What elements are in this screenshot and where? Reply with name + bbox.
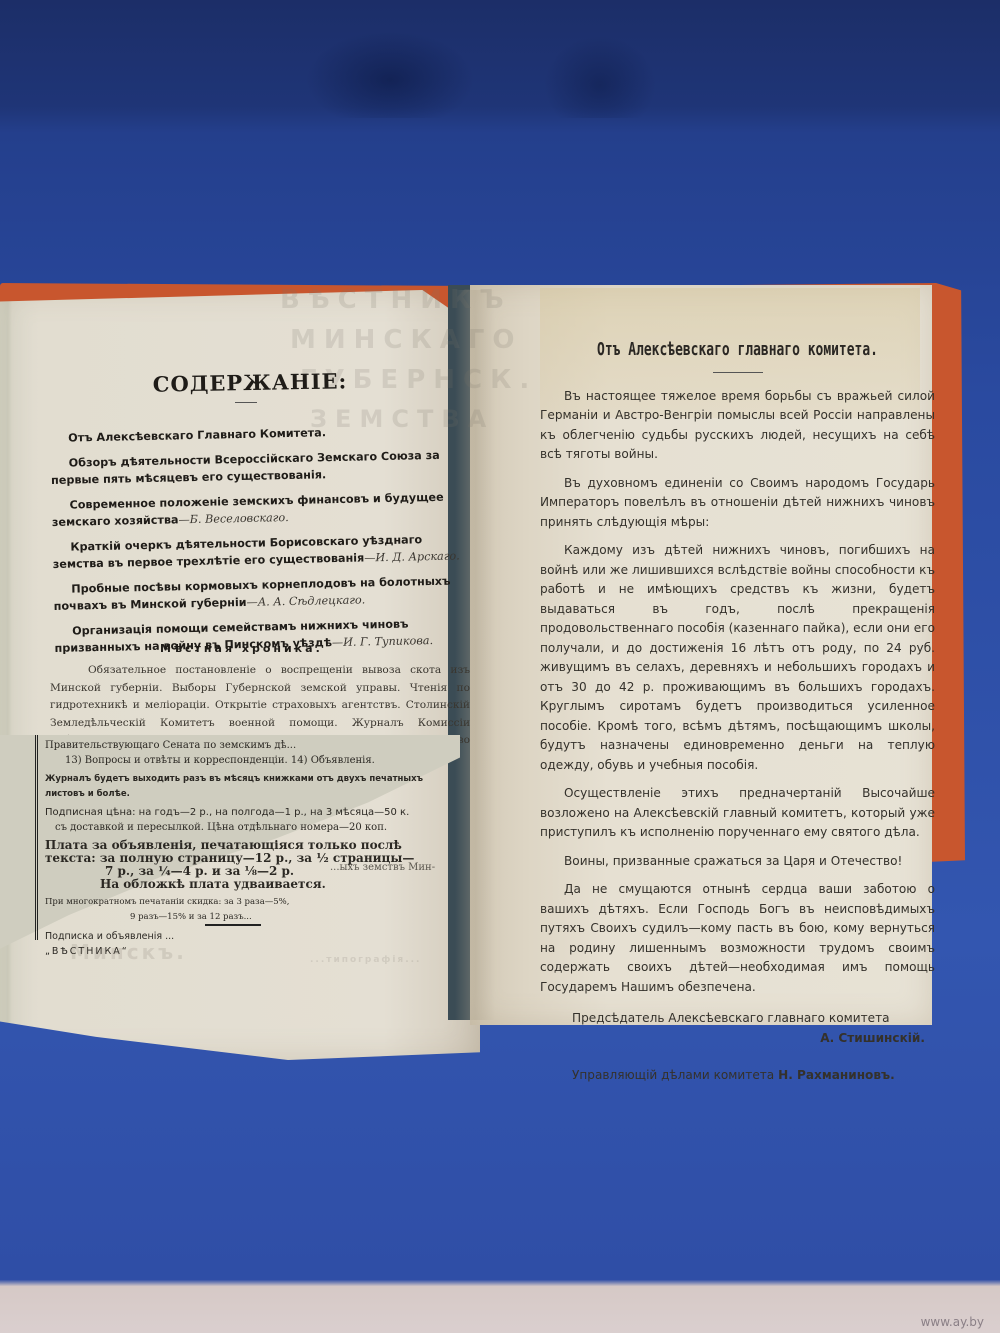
toc-item: Современное положеніе земскихъ финансовъ… bbox=[51, 488, 462, 531]
article-paragraph: Осуществленіе этихъ предначертаній Высоч… bbox=[540, 784, 935, 843]
title-divider bbox=[713, 372, 763, 373]
toc-item-author: —И. Г. Тупикова. bbox=[332, 634, 433, 649]
background-shadow bbox=[0, 0, 1000, 118]
ad-rate-line: На обложкѣ плата удваивается. bbox=[45, 878, 435, 891]
toc-item-title: Отъ Алексѣевскаго Главнаго Комитета. bbox=[68, 426, 326, 444]
discount-line: 9 разъ—15% и за 12 разъ... bbox=[45, 910, 435, 925]
fragment-border bbox=[35, 735, 41, 940]
toc-divider bbox=[235, 402, 257, 403]
ghost-city: Минскъ. bbox=[70, 940, 187, 964]
article-paragraph: Воины, призванные сражаться за Царя и От… bbox=[540, 852, 935, 872]
ghost-printer: ...типографія... bbox=[310, 955, 421, 965]
signature-chairman-role: Предсѣдатель Алексѣевскаго главнаго коми… bbox=[540, 1009, 935, 1029]
signature-manager: Управляющій дѣлами комитета Н. Рахманино… bbox=[540, 1066, 935, 1086]
underlying-fragment-text: ...ыхъ земствъ Мин- bbox=[330, 862, 435, 873]
toc-item-author: —А. А. Сѣдлецкаго. bbox=[246, 593, 365, 608]
fragment-divider bbox=[205, 924, 261, 926]
fragment-line: 13) Вопросы и отвѣты и корреспонденціи. … bbox=[45, 753, 435, 768]
toc-list: Отъ Алексѣевскаго Главнаго Комитета. Обз… bbox=[50, 421, 465, 665]
toc-item-author: —Б. Веселовскаго. bbox=[178, 511, 288, 526]
article-paragraph: Въ настоящее тяжелое время борьбы съ вра… bbox=[540, 387, 935, 465]
signature-chairman-name: А. Стишинскій. bbox=[540, 1029, 935, 1049]
toc-item: Пробные посѣвы кормовыхъ корнеплодовъ на… bbox=[53, 572, 464, 615]
signature-manager-role: Управляющій дѣлами комитета bbox=[572, 1068, 774, 1082]
article-paragraph: Да не смущаются отнынѣ сердца ваши забот… bbox=[540, 880, 935, 997]
toc-title: СОДЕРЖАНІЕ: bbox=[140, 368, 360, 397]
subscription-price: Подписная цѣна: на годъ—2 р., на полгода… bbox=[45, 805, 435, 820]
ghost-heading-1: ВѢСТНИКЪ bbox=[280, 285, 512, 315]
toc-item-author: —И. Д. Арскаго. bbox=[364, 549, 460, 564]
subscription-price-2: съ доставкой и пересылкой. Цѣна отдѣльна… bbox=[45, 820, 435, 835]
section-heading-local-chronicle: Мѣстная хроника. bbox=[160, 642, 323, 655]
watermark: www.ay.by bbox=[921, 1315, 984, 1329]
right-page-content: Отъ Алексѣевскаго главнаго комитета. Въ … bbox=[540, 340, 935, 1086]
toc-item-title: Обзоръ дѣятельности Всероссійскаго Земск… bbox=[51, 449, 440, 487]
toc-item: Краткій очеркъ дѣятельности Борисовскаго… bbox=[52, 530, 463, 573]
fragment-line: Журналъ будетъ выходить разъ въ мѣсяцъ к… bbox=[45, 772, 435, 802]
article-title: Отъ Алексѣевскаго главнаго комитета. bbox=[552, 340, 923, 360]
ghost-heading-2: МИНСКАГО bbox=[290, 325, 523, 355]
article-paragraph: Въ духовномъ единеніи со Своимъ народомъ… bbox=[540, 474, 935, 533]
signature-manager-name: Н. Рахманиновъ. bbox=[778, 1068, 895, 1082]
toc-item: Обзоръ дѣятельности Всероссійскаго Земск… bbox=[51, 446, 462, 489]
article-paragraph: Каждому изъ дѣтей нижнихъ чиновъ, погибш… bbox=[540, 541, 935, 775]
discount-line: При многократномъ печатаніи скидка: за 3… bbox=[45, 895, 435, 910]
fragment-line: Правительствующаго Сената по земскимъ дѣ… bbox=[45, 738, 435, 753]
toc-item: Отъ Алексѣевскаго Главнаго Комитета. bbox=[50, 421, 460, 447]
